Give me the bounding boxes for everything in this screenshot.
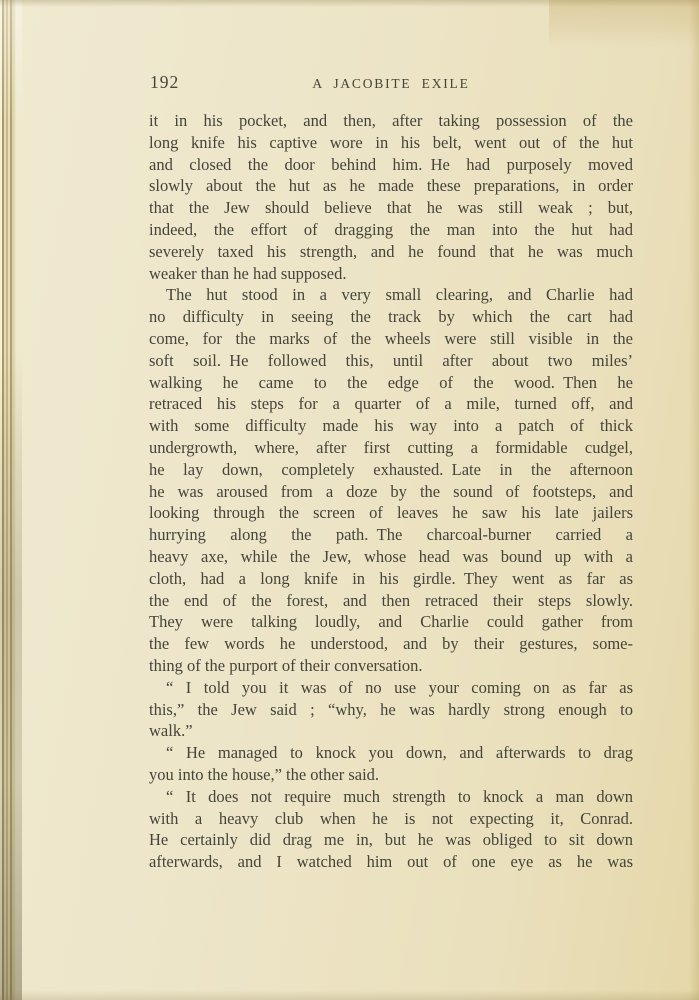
paragraph: The hut stood in a very small clearing, …: [149, 284, 633, 676]
text-line: with some difficulty made his way into a…: [149, 415, 633, 437]
text-line: undergrowth, where, after first cutting …: [149, 437, 633, 459]
text-line: no difficulty in seeing the track by whi…: [149, 306, 633, 328]
text-line: slowly about the hut as he made these pr…: [149, 175, 633, 197]
text-line: retraced his steps for a quarter of a mi…: [149, 393, 633, 415]
paragraph: “ It does not require much strength to k…: [149, 786, 633, 873]
text-line: he lay down, completely exhausted. Late …: [149, 459, 633, 481]
page-bottom-edge: [0, 990, 699, 1000]
text-line: heavy axe, while the Jew, whose head was…: [149, 546, 633, 568]
paragraph: “ He managed to knock you down, and afte…: [149, 742, 633, 786]
text-line: They were talking loudly, and Charlie co…: [149, 611, 633, 633]
page-content: 192 A JACOBITE EXILE it in his pocket, a…: [149, 72, 633, 873]
paragraph: “ I told you it was of no use your comin…: [149, 677, 633, 742]
text-line: indeed, the effort of dragging the man i…: [149, 219, 633, 241]
paragraph: it in his pocket, and then, after taking…: [149, 110, 633, 284]
text-line: soft soil. He followed this, until after…: [149, 350, 633, 372]
text-line: looking through the screen of leaves he …: [149, 502, 633, 524]
text-line: The hut stood in a very small clearing, …: [149, 284, 633, 306]
page-header: 192 A JACOBITE EXILE: [149, 72, 633, 110]
text-line: walking he came to the edge of the wood.…: [149, 372, 633, 394]
text-line: and closed the door behind him. He had p…: [149, 154, 633, 176]
spine-shading: [0, 0, 22, 1000]
text-line: He certainly did drag me in, but he was …: [149, 829, 633, 851]
text-line: severely taxed his strength, and he foun…: [149, 241, 633, 263]
text-line: cloth, had a long knife in his girdle. T…: [149, 568, 633, 590]
text-line: afterwards, and I watched him out of one…: [149, 851, 633, 873]
text-line: “ He managed to knock you down, and afte…: [149, 742, 633, 764]
book-page: 192 A JACOBITE EXILE it in his pocket, a…: [0, 0, 699, 1000]
page-top-right-corner: [549, 0, 699, 48]
text-line: weaker than he had supposed.: [149, 263, 633, 285]
page-body: it in his pocket, and then, after taking…: [149, 110, 633, 873]
text-line: hurrying along the path. The charcoal-bu…: [149, 524, 633, 546]
text-line: “ I told you it was of no use your comin…: [149, 677, 633, 699]
text-line: come, for the marks of the wheels were s…: [149, 328, 633, 350]
text-line: it in his pocket, and then, after taking…: [149, 110, 633, 132]
running-title: A JACOBITE EXILE: [149, 72, 633, 92]
page-number: 192: [150, 72, 179, 93]
text-line: long knife his captive wore in his belt,…: [149, 132, 633, 154]
text-line: that the Jew should believe that he was …: [149, 197, 633, 219]
text-line: “ It does not require much strength to k…: [149, 786, 633, 808]
text-line: he was aroused from a doze by the sound …: [149, 481, 633, 503]
text-line: the end of the forest, and then retraced…: [149, 590, 633, 612]
text-line: with a heavy club when he is not expecti…: [149, 808, 633, 830]
text-line: walk.”: [149, 720, 633, 742]
text-line: you into the house,” the other said.: [149, 764, 633, 786]
page-right-edge: [689, 0, 699, 1000]
text-line: thing of the purport of their conversati…: [149, 655, 633, 677]
text-line: the few words he understood, and by thei…: [149, 633, 633, 655]
text-line: this,” the Jew said ; “why, he was hardl…: [149, 699, 633, 721]
